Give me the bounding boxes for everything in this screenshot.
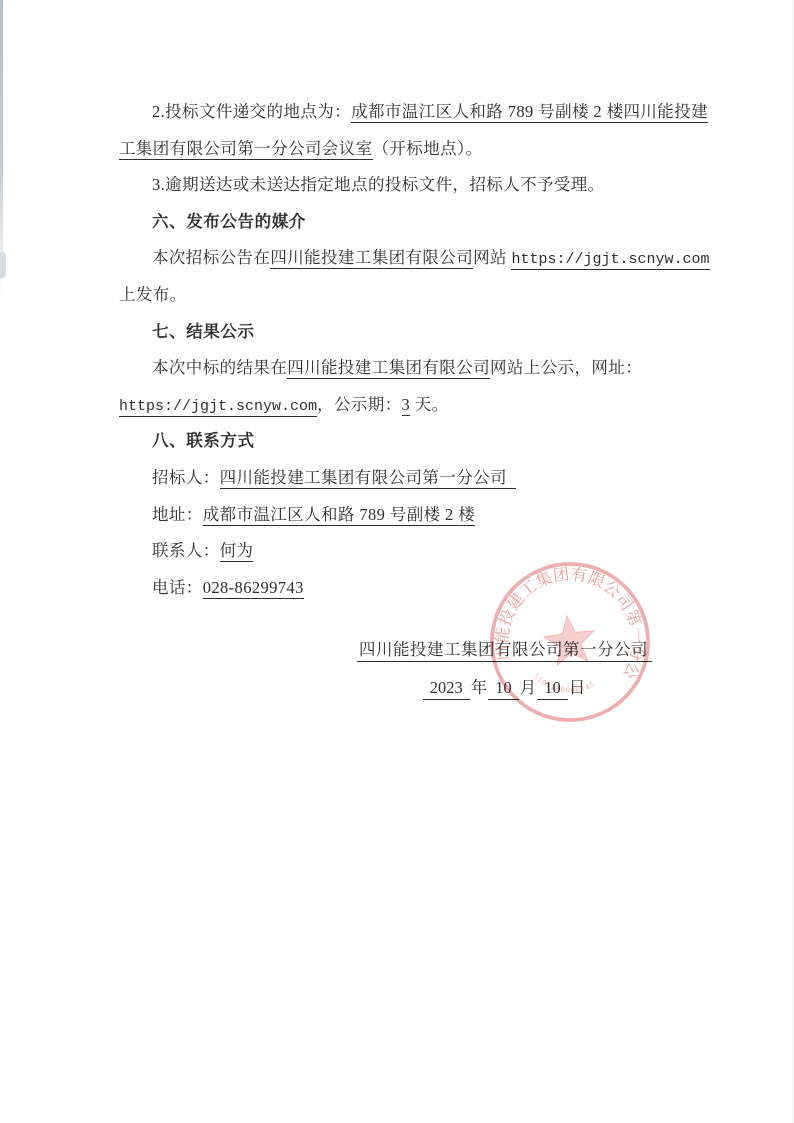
signature-company-name: 四川能投建工集团有限公司第一分公司 bbox=[357, 640, 652, 662]
underlined-text: 成都市温江区人和路 789 号副楼 2 楼四川能投建 bbox=[351, 102, 708, 123]
underlined-text: 四川能投建工集团有限公司第一分公司 bbox=[220, 468, 516, 489]
underlined-text: 028-86299743 bbox=[203, 578, 304, 599]
document-line: 本次中标的结果在四川能投建工集团有限公司网站上公示，网址： bbox=[119, 350, 685, 387]
text-segment: 电话： bbox=[152, 578, 203, 597]
document-line: 上发布。 bbox=[119, 277, 685, 314]
date-day-label: 日 bbox=[568, 678, 587, 697]
signature-date-line: 2023年10月10日 bbox=[357, 677, 652, 699]
document-line: 联系人：何为 bbox=[119, 533, 685, 570]
document-line: 招标人：四川能投建工集团有限公司第一分公司 bbox=[119, 460, 685, 497]
document-line: 工集团有限公司第一分公司会议室（开标地点）。 bbox=[119, 131, 685, 168]
document-line: 3.逾期送达或未送达指定地点的投标文件，招标人不予受理。 bbox=[119, 167, 685, 204]
date-year-value: 2023 bbox=[423, 678, 470, 700]
scan-edge-artifact bbox=[0, 252, 6, 278]
underlined-text: 四川能投建工集团有限公司 bbox=[287, 358, 490, 379]
underlined-text: 工集团有限公司第一分公司会议室 bbox=[119, 139, 373, 160]
text-segment: 地址： bbox=[152, 505, 203, 524]
text-segment: 本次中标的结果在 bbox=[152, 358, 287, 377]
underlined-text: 成都市温江区人和路 789 号副楼 2 楼 bbox=[203, 505, 475, 526]
scanned-document-page: 2.投标文件递交的地点为：成都市温江区人和路 789 号副楼 2 楼四川能投建工… bbox=[0, 0, 794, 1123]
document-line: 地址：成都市温江区人和路 789 号副楼 2 楼 bbox=[119, 497, 685, 534]
document-line: 电话：028-86299743 bbox=[119, 570, 685, 607]
signature-block: 四川能投建工集团有限公司第一分公司 2023年10月10日 bbox=[357, 638, 652, 699]
section-heading: 七、结果公示 bbox=[119, 314, 685, 351]
section-heading: 八、联系方式 bbox=[119, 423, 685, 460]
text-segment: 七、结果公示 bbox=[152, 323, 255, 341]
document-line: https://jgjt.scnyw.com，公示期：3 天。 bbox=[119, 387, 685, 424]
text-segment: （开标地点）。 bbox=[373, 139, 483, 158]
underlined-text: https://jgjt.scnyw.com bbox=[119, 398, 317, 417]
signature-company-line: 四川能投建工集团有限公司第一分公司 bbox=[357, 638, 652, 662]
section-heading: 六、发布公告的媒介 bbox=[119, 204, 685, 241]
text-segment: 招标人： bbox=[152, 468, 220, 487]
underlined-text: 3 bbox=[402, 395, 411, 416]
text-segment: 3.逾期送达或未送达指定地点的投标文件，招标人不予受理。 bbox=[152, 175, 605, 194]
text-segment: 八、联系方式 bbox=[152, 432, 255, 450]
document-line: 本次招标公告在四川能投建工集团有限公司网站 https://jgjt.scnyw… bbox=[119, 240, 685, 277]
underlined-text: https://jgjt.scnyw.com bbox=[511, 251, 709, 270]
text-segment: ，公示期： bbox=[317, 395, 402, 414]
document-line: 2.投标文件递交的地点为：成都市温江区人和路 789 号副楼 2 楼四川能投建 bbox=[119, 94, 685, 131]
text-segment: 本次招标公告在 bbox=[152, 248, 270, 267]
text-segment: 网站 bbox=[473, 248, 511, 267]
text-segment: 天。 bbox=[410, 395, 448, 414]
underlined-text: 何为 bbox=[220, 541, 254, 562]
text-segment: 网站上公示，网址： bbox=[490, 358, 642, 377]
text-segment: 联系人： bbox=[152, 541, 220, 560]
text-segment: 六、发布公告的媒介 bbox=[152, 213, 306, 231]
date-year-label: 年 bbox=[470, 678, 489, 697]
date-month-value: 10 bbox=[488, 678, 519, 700]
date-month-label: 月 bbox=[519, 678, 538, 697]
underlined-text: 四川能投建工集团有限公司 bbox=[270, 248, 473, 269]
text-segment: 2.投标文件递交的地点为： bbox=[152, 102, 351, 121]
date-day-value: 10 bbox=[537, 678, 568, 700]
text-segment: 上发布。 bbox=[119, 285, 187, 304]
document-body: 2.投标文件递交的地点为：成都市温江区人和路 789 号副楼 2 楼四川能投建工… bbox=[119, 94, 685, 606]
